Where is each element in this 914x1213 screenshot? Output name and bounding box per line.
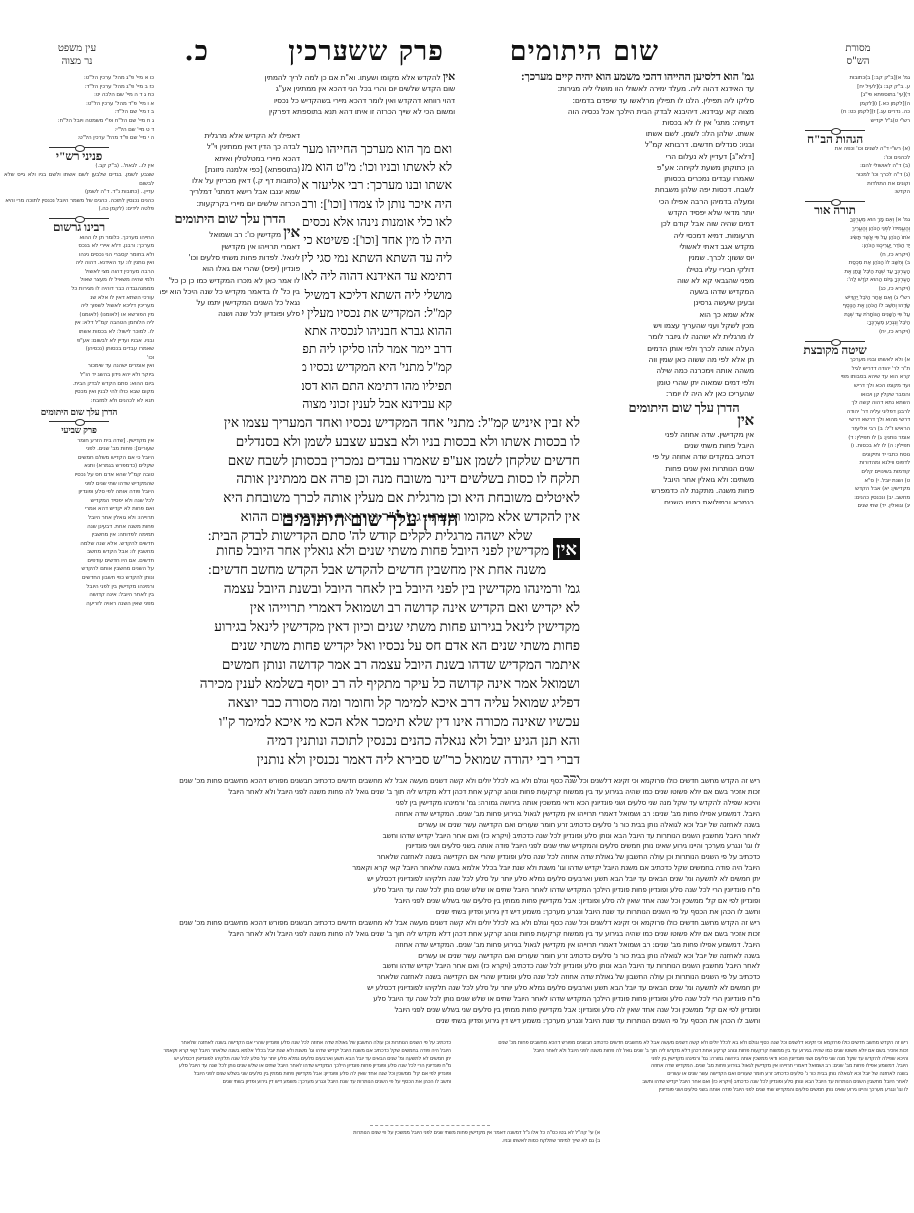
commentary-line: ריש זה הקדש מחשב חדשים כולו פרוקמא וכי ז… bbox=[160, 918, 760, 929]
masoret-header-line-1: מסורת bbox=[828, 42, 888, 55]
rabbenu-gershom-line: טובה קמ"ל שהא אדם חס על נכסיו bbox=[4, 471, 154, 480]
tosafot-line: בין כל' לו בדאמר מקדיש כל שנה היכל הוא י… bbox=[160, 286, 300, 297]
chapter-number: פרק ששי bbox=[340, 38, 444, 66]
commentary-line: לאחר היובל מחשבין השנים הנותרות עד היובל… bbox=[160, 831, 760, 842]
gemara-line: לא יקדיש ואם הקדיש אינה קדושה רב ושמואל … bbox=[160, 598, 580, 617]
rashi-line: העלה אותה לכרך ולפי אותן הדמים bbox=[614, 343, 754, 354]
pnei-rashi-entry: שצבע לשמן. בגדים שלבען לשם אשתו ולשם בני… bbox=[4, 171, 154, 188]
rashi-line: עד האידנא דהוה ליה. מעלד ימירה לאשולי הו… bbox=[459, 83, 754, 94]
tosafot-line: אין להקדש אלא מקומו ושעתו. וא"ת אם כן למ… bbox=[160, 72, 455, 83]
gemara-line: ואם מך הוא מערכך החייהו מערכך: אבל bbox=[302, 140, 452, 158]
ornament-divider bbox=[805, 130, 865, 131]
gemara-line: איןמקדישין לפני היובל פחות משתי שנים ולא… bbox=[160, 538, 580, 560]
rabbenu-gershom-line: ואם פחות לא יקדיש דהא אמרי bbox=[4, 505, 154, 514]
gemara-line: תלקח לו כסות בשלשים דינר משובח מנה וכן פ… bbox=[160, 470, 580, 489]
tosafot-line: (כתובות דף ק.) דאין מכריזין על אלו bbox=[160, 175, 300, 186]
hagahot-habach: (א) רש"י ד"ה לשנים וכו' וכפה את לכהנים ו… bbox=[760, 145, 910, 197]
right-outer-margin: גמ' א)[ב"ק קב:] ב)כתובות ע. ב"ק קב: ג)[ל… bbox=[760, 74, 910, 1034]
rashi-line: היובל פחות משתי שנים bbox=[614, 440, 754, 451]
tosafot-line: לו אמר כאן לא מכרו המקדיש כמו כן כן כל' bbox=[160, 275, 300, 286]
torah-or-entry: וְהֶעֱמִידוֹ לִפְנֵי הַכֹּהֵן וְהֶעֱרִיך… bbox=[760, 225, 910, 234]
torah-or-entry: הָעֶרְכְּךָ עַד שְׁנַת הַיֹּבֵל וְנָתַן … bbox=[760, 268, 910, 277]
ornament-divider bbox=[49, 147, 109, 148]
commentary-line: ופונדיון לפי אם קל' ממשכין וכל שנה אחד ש… bbox=[160, 896, 760, 907]
gemara-line: והא תנן הגיע יובל ולא נגאלה כהנים נכנסין… bbox=[160, 731, 580, 750]
rashi-line: מפני שהגבאי קא לא שוה bbox=[614, 275, 754, 286]
masoret-entry: ד)[עי' בתוספתא פי"ג] bbox=[760, 91, 910, 100]
footnote-rule bbox=[370, 1125, 490, 1126]
commentary-line: יתן חמשים לא לתשעה ומ' שנים הבאים עד יוב… bbox=[160, 874, 760, 885]
pnei-rashi-entry: אין לו.. לגאול.. (ב"ק קב.) bbox=[4, 162, 154, 171]
tosafot-text: להקדש אלא מקומו ושעתו. וא"ת אם כן למה לר… bbox=[265, 73, 441, 82]
torah-or-entry: יַד הַנֹּדֵר יַעֲרִיכֶנּוּ הַכֹּהֵן: bbox=[760, 242, 910, 251]
rabbenu-gershom-line: החייהו מערכך. כלומר תן לו ההוא bbox=[4, 234, 154, 243]
shita-entry: ת"ר לר' יהודה דדריש לגיל bbox=[760, 365, 910, 374]
rashi-column: אשתו. שלהן הלו: לשמן. לשם אשתו ובניו: סנ… bbox=[614, 128, 754, 504]
hagahot-entry: (ב) ד"ה לאושולי להם: bbox=[760, 162, 910, 171]
rashi-line: יותר מדאי שלא יפסיד הקדש bbox=[614, 207, 754, 218]
gemara-line: דתימא עד האידנא דהוה ליה לאושולי הוה bbox=[302, 267, 452, 285]
pnei-rashi-title: פניני רש"י bbox=[4, 152, 154, 161]
gemara-line: דרב יימר אמר להו סליקו ליה תפילין מאי bbox=[302, 340, 452, 358]
masoret-entry: ע. ב"ק קב: ג)[לעיל יח] bbox=[760, 83, 910, 92]
rabbenu-gershom-line: שאמרו עבדים בכסותן (נכסיהן) bbox=[4, 345, 154, 354]
tosafot-line: פונדיון (יפיס) שהרי אם גאלו הוא bbox=[160, 263, 300, 274]
torah-or-entry: ב) וְחִשַּׁב לוֹ הַכֹּהֵן אֵת מִכְסַת bbox=[760, 259, 910, 268]
rabbenu-gershom-line: ביום ההוא: סתם הקדש לבדק הבית. bbox=[4, 380, 154, 389]
gemara-line: לו בכסות אשתו ולא בכסות בניו ולא בצבע שצ… bbox=[160, 433, 580, 452]
masoret-hashas: גמ' א)[ב"ק קב:] ב)כתובות ע. ב"ק קב: ג)[ל… bbox=[760, 74, 910, 126]
gemara-line: קמ"ל: המקדיש את נכסיו מעלין לו תפילין: bbox=[302, 304, 452, 322]
rashi-line: לו מרגלית לא ישהנה לו גיזבר לומר bbox=[614, 331, 754, 342]
tosafot-line: (בתוספתא) [כפי אלמנה ניזונת] bbox=[160, 164, 300, 175]
pnei-rashi-entry: כהנים נכנסין לתוכה. כהנים של משמר היובל … bbox=[4, 197, 154, 206]
tosafot-line: דהכא מיירי במטלטלין ואיתא bbox=[160, 153, 300, 164]
shita-mekubetzet-title: שיטה מקובצת bbox=[760, 346, 910, 355]
gemara-line: ההוא גברא חבניהו לנכסיה אתא לקמיה bbox=[302, 322, 452, 340]
ein-mishpat-entry: ה י מיי' שם פ"ד מהל' ערכין הל"ט: bbox=[4, 134, 154, 143]
gemara-line: דפליג שמואל עליה דרב איכא למימר קל וחומר… bbox=[160, 693, 580, 712]
commentary-line: בשנה לאחזנה של יובל וכא לגואלה נותן בבית… bbox=[160, 820, 760, 831]
gemara-line: משנה אחת אין מחשבין חדשים להקדש אבל הקדש… bbox=[160, 560, 580, 579]
rashi-top: גמ' הוא דלסיען ההייהו דהכי משמע הוא יהיה… bbox=[459, 72, 754, 132]
tosafot-line: דאפילו לא הקדיש אלא מרגלית bbox=[160, 130, 300, 141]
rashi-line: ולפי דמים שמאוה יתן שהרי טומן bbox=[614, 377, 754, 388]
tractate-name: ערכין bbox=[288, 38, 349, 66]
ein-mishpat-entry: כח ג ד ה מיי' שם הלכה יט: bbox=[4, 91, 154, 100]
rashi-line: פחות משנה. מתקנת לה כדמפרש bbox=[614, 485, 754, 496]
rabbenu-gershom-line: מין הפורשא או (לאומנו) (לאומנו) bbox=[4, 311, 154, 320]
ein-mishpat-entry: א ו מיי' פ"ד מהל' ערכין הל"ט: bbox=[4, 100, 154, 109]
commentary-line: היובל. דמשמע אפילו פחות מב' שנים: רב ושמ… bbox=[160, 809, 760, 820]
rashi-line: דכתיב במקדים שדה אחוזה על פי bbox=[614, 451, 754, 462]
pnei-rashi-entry: פלטה לידים: (לקמן כה.) bbox=[4, 205, 154, 214]
shita-entry: דרשי מהוא ולך דרשא דרשי bbox=[760, 416, 910, 425]
pnei-rashi-entry: עדיין.. (כתובות נ"ד. ד"ה לשמן) bbox=[4, 188, 154, 197]
left-outer-margin: כו א מיי' פ"ג מהל' ערכין הל"ט: כז ב מיי'… bbox=[4, 74, 154, 1034]
rabbenu-gershom-line: תנא לא לכהנים ולא למזבח: bbox=[4, 397, 154, 406]
rabbenu-gershom-line: ליה הלוחמן הטהבה קמ"ל דלא: אין bbox=[4, 319, 154, 328]
rashi-line: יוס ששון: לכרך. שמנין bbox=[614, 252, 754, 263]
footnotes: א) עי' קה"ל לא בטו כס"ה כל אלו נ"ל דמשנה… bbox=[160, 1130, 600, 1154]
rabbenu-gershom-title: רבינו גרשום bbox=[4, 223, 154, 232]
rabbenu-gershom-line: שקלים (כדמפרש בגמרא) ותנא bbox=[4, 462, 154, 471]
shita-entry: ט) ושנת יובל. י) ס"א bbox=[760, 477, 910, 486]
tosafot-line: אין מקדישין כו': רב ושמואל bbox=[160, 228, 300, 240]
gemara-line: מקדישין לינאל בגירוע פחות משתי שנים וכיו… bbox=[160, 617, 580, 636]
hagahot-entry: (א) רש"י ד"ה לשנים וכו' וכפה את bbox=[760, 145, 910, 154]
rabbenu-gershom-line: ביוקר ולא יהא נידון בהשג יד הו"ל bbox=[4, 371, 154, 380]
gemara-line: עכשיו שאינה מכורה אינו דין שלא תימכר אלא… bbox=[160, 712, 580, 731]
gemara-line: היה איכר נותן לו צמדו [וכו']: ורבנן הנהו bbox=[302, 195, 452, 213]
rabbenu-gershom-line: ונותן להקדש כפי חשבון החדשים bbox=[4, 574, 154, 583]
shita-entry: תפילין: ה) לו לא בכסות. ו) bbox=[760, 442, 910, 451]
masoret-entry: גמ' א)[ב"ק קב:] ב)כתובות bbox=[760, 74, 910, 83]
rashi-hadran: הדרן עלך שום היתומים bbox=[614, 402, 754, 413]
masoret-entry: ה)[לקמן כא.] ו)[לקמן bbox=[760, 100, 910, 109]
footer-line: וחשב לו הכהן את הכסף על פי השנים הנותרות… bbox=[6, 1079, 451, 1087]
commentary-line: מ"ח פונדיונין הרי לכל שנה סלע ופונדיון פ… bbox=[160, 994, 760, 1005]
commentary-line: יתן חמשים לא לתשעה ומ' שנים הבאים עד יוב… bbox=[160, 983, 760, 994]
rabbenu-gershom-line: פחות משנה אחת. דבעינן שנה bbox=[4, 523, 154, 532]
commentary-line: וחשב לו הכהן את הכסף על פי השנים הנותרות… bbox=[160, 907, 760, 918]
rashi-line: הן כתוקתן משעת לקיחה: אע"פ bbox=[614, 162, 754, 173]
gemara-line: דברי רבי יהודה שמואל כר"ש סבירא ליה דאמר… bbox=[160, 750, 580, 769]
hagahot-entry: (ג) ד"ה לכרך וכו' למכור bbox=[760, 171, 910, 180]
shita-entry: מחשב. יב) ונכנסין כהנים: bbox=[760, 494, 910, 503]
rabbenu-gershom-line: היובל פודה אותה לפי סלע ופונדיון bbox=[4, 488, 154, 497]
footer-line: מ"ח פונדיונין הרי לכל שנה סלע ופונדיון פ… bbox=[6, 1063, 451, 1071]
ein-mishpat-entry: ב ז מיי' שם הל"ד: bbox=[4, 108, 154, 117]
footer-line: כדכתיב על פי השנים הנותרות וכן עולה החשב… bbox=[6, 1040, 451, 1048]
footer-line: היובל היה פודה בחמשים שקל כדכתיב אם משנת… bbox=[6, 1048, 451, 1056]
gemara-line: איתמר המקדיש שדהו בשנת היובל עצמה רב אמר… bbox=[160, 655, 580, 674]
rashi-line: מכין לשקל ועני שהעריך עצמו ויש bbox=[614, 320, 754, 331]
ein-mishpat-entry: כז ב מיי' פ"ג מהל' ערכין הל"ד: bbox=[4, 83, 154, 92]
tosafot-text: מקדישין כו': רב ושמואל bbox=[209, 230, 281, 239]
rashi-line: ובעינן שיעשה גרסינן bbox=[614, 297, 754, 308]
rashi-line: משתים: ולא גואלין אחר היובל bbox=[614, 474, 754, 485]
mishna-opening-word: אין bbox=[553, 538, 580, 560]
rabbenu-gershom-line: עורכי השתא דאין לו אלא שנ bbox=[4, 294, 154, 303]
tosafot-line: נגאל כל השנים המקדישין יתמו על bbox=[160, 297, 300, 308]
hagahot-entry: הקדש: bbox=[760, 188, 910, 197]
rabbenu-gershom-line: בין לאחר היובל: אינה קדושה bbox=[4, 591, 154, 600]
gemara-center-column: ואם מך הוא מערכך החייהו מערכך: אבל לא לא… bbox=[302, 140, 452, 420]
commentary-line: מ"ח פונדיונין הרי לכל שנה סלע ופונדיון פ… bbox=[160, 885, 760, 896]
rabbenu-gershom-line: לו. למוכר לישול: לא בכסות אשתו bbox=[4, 328, 154, 337]
tosafot-top: אין להקדש אלא מקומו ושעתו. וא"ת אם כן למ… bbox=[160, 72, 455, 128]
ein-mishpat-header-line-2: נר מצוה bbox=[42, 55, 112, 68]
commentary-line: וחשב לו הכהן את הכסף על פי השנים הנותרות… bbox=[160, 1016, 760, 1027]
torah-or-entry: (ויקרא כז, ח) bbox=[760, 251, 910, 260]
commentary-line: ריש זה הקדש מחשב חדשים כולו פרוקמא וכי ז… bbox=[160, 776, 760, 787]
hagahot-entry: לכהנים וכו': bbox=[760, 154, 910, 163]
rashi-line: גמ' הוא דלסיען ההייהו דהכי משמע הוא יהיה… bbox=[459, 72, 754, 83]
ein-mishpat-header: עין משפט נר מצוה bbox=[42, 42, 112, 68]
ornament-divider bbox=[805, 341, 865, 342]
chapter-seven-title: פרק שביעי bbox=[4, 426, 154, 435]
tosafot-dibbur-hamatchil: אין bbox=[443, 72, 455, 83]
torah-or-entry: (ויקרא כז, כג) bbox=[760, 285, 910, 294]
rabbenu-gershom-line: וכו' bbox=[4, 354, 154, 363]
tosafot-line: דאמרי תרוייהו אין מקדישין bbox=[160, 241, 300, 252]
rabbenu-gershom-line: מפני שאין השנה ראויה לזריעה bbox=[4, 600, 154, 609]
rabbenu-gershom-line: תרוייהו: ולא גואלין אחר היובל bbox=[4, 514, 154, 523]
tosafot-hadran: הדרן עלך שום היתומים bbox=[160, 213, 300, 224]
gemara-line: ושמואל אמר אינה קדושה כל עיקר מתקיף לה ר… bbox=[160, 674, 580, 693]
tosafot-line: שמא יגנבו אבל רישא דמתני' דמלריך bbox=[160, 186, 300, 197]
gemara-line: לא זבין איניש קמ"ל: מתני' אחד המקדיש נכס… bbox=[160, 414, 580, 433]
shita-mekubetzet: א) ולא לאשתו ובניו מערכך ת"ר לר' יהודה ד… bbox=[760, 356, 910, 511]
rabbenu-gershom-line: חדשים להקדש. אלא שנה שלמה bbox=[4, 540, 154, 549]
rabbenu-gershom-line: ובניו. אבניו ועדיין לא לבשום: אע"פ bbox=[4, 337, 154, 346]
ein-mishpat-header-line-1: עין משפט bbox=[42, 42, 112, 55]
commentary-line: ופונדיון לפי אם קל' ממשכין וכל שנה אחד ש… bbox=[160, 1005, 760, 1016]
footer-line: והיכא שפילה להקדש עד שקל מנה שני סלעים ו… bbox=[463, 1056, 908, 1064]
rashi-line: דולקי חבירי עליו בטילו bbox=[614, 264, 754, 275]
gemara-hadran: הדרן עלך שום היתומים bbox=[160, 508, 580, 532]
masoret-entry: רש"י ט)ג"ל יקדיש bbox=[760, 117, 910, 126]
shita-entry: נוסח כתבי יד ותיקונים bbox=[760, 451, 910, 460]
tosafot-line: שום הקדש שלשים יום והרי בכל הני דהכא אין… bbox=[160, 83, 455, 94]
rabbenu-gershom-line: מקום שבא כולו להי לבנין ואין מכסין bbox=[4, 388, 154, 397]
masoret-header-line-2: הש"ס bbox=[828, 55, 888, 68]
chapter-name: שום היתומים bbox=[510, 38, 659, 66]
ein-mishpat: כו א מיי' פ"ג מהל' ערכין הל"ט: כז ב מיי'… bbox=[4, 74, 154, 143]
gemara-line: אשתו ובנו מערכך: רבי אליעזר אומר אם bbox=[302, 176, 452, 194]
gemara-line: פחות משתי שנים הא אדם חס על נכסיו ואל יק… bbox=[160, 636, 580, 655]
tosafot-line: ומשום הכי לא שייך הכרזה זו איתו דהא תנא … bbox=[160, 106, 455, 117]
tosafot-line: דהוי רווחא דהקדש ואין לומר דהכא מיירי בש… bbox=[160, 95, 455, 106]
rashi-line: תן אלא לפי מה ששוה כאן שמין ווה bbox=[614, 354, 754, 365]
torah-or-entry: (ויקרא כז, יח) bbox=[760, 328, 910, 337]
gemara-line: לאיטלים משובחת היא וכן מרגלית אם מעלין א… bbox=[160, 489, 580, 508]
gemara-line: תפיליו מהו דתימא התם הוא דסבר מצוה bbox=[302, 377, 452, 395]
hagahot-habach-title: הגהות הב"ח bbox=[760, 135, 910, 144]
gemara-text: מקדישין לפני היובל פחות משתי שנים ולא גו… bbox=[216, 543, 549, 558]
rashi-line: סליקו ליה תפילין. הלנו לו תפילין מרלאשו … bbox=[459, 95, 754, 106]
tosafot-line: לינאל. לפדות פחות משתי סלעים וכו' bbox=[160, 252, 300, 263]
tosafot-line: הכרזה שלשים יום מיירי בקרקעות: bbox=[160, 198, 300, 209]
bottom-rashi-block: ריש זה הקדש מחשב חדשים כולו פרוקמא וכי ז… bbox=[160, 776, 760, 1038]
commentary-line: והיכא שפילה להקדש עד שקל מנה שני סלעים ו… bbox=[160, 798, 760, 809]
commentary-line: היובל היה פודה בחמשים שקל כדכתיב אם משנת… bbox=[160, 863, 760, 874]
rashi-line: בגמרא ובמילואת כמנין השנים bbox=[614, 497, 754, 505]
page-header: מסורת הש"ס שום היתומים פרק ששי ערכין כ. … bbox=[0, 38, 914, 68]
shita-entry: קודמות בשינויים קלים bbox=[760, 468, 910, 477]
commentary-line: לו וגו' ונגרע מערכך והיינו גירוע שאינו נ… bbox=[160, 841, 760, 852]
footer-line: לו וגו' ונגרע מערכך והיינו גירוע שאינו נ… bbox=[463, 1087, 908, 1095]
commentary-line: זכות אזכיר בשם אם יולא פשוטו שנים כמו שה… bbox=[160, 787, 760, 798]
rabbenu-gershom-line: ואין אומרים ישהנה עד שימכור bbox=[4, 362, 154, 371]
commentary-line: כדכתיב על פי השנים הנותרות וכן עולה החשב… bbox=[160, 852, 760, 863]
masoret-entry: כה. נדרים עג.] ז)[לקמן כט: ח) bbox=[760, 108, 910, 117]
rashi-line: מקדש אגב דאתי לאשולי bbox=[614, 241, 754, 252]
rabbenu-gershom-line: מחשבין לו: אבל הקדש מחשב bbox=[4, 548, 154, 557]
shita-entry: קרא הוא עד שיהא בסבותו מפי bbox=[760, 373, 910, 382]
rabbenu-gershom-line: ואין נותנין לו: עד האידנא. דהוה ליה bbox=[4, 259, 154, 268]
rashi-line: [דלא"ג] דעדיין לא נעלום הרי bbox=[614, 151, 754, 162]
rashi-line: לשבח. דכסות יפה שלהן משבחת bbox=[614, 184, 754, 195]
rashi-line: אשתו. שלהן הלו: לשמן. לשם אשתו bbox=[614, 128, 754, 139]
torah-or-entry: גמ' א) וְאִם מָךְ הוּא מֵעֶרְכֶּךָ bbox=[760, 216, 910, 225]
commentary-line: זכות אזכיר בשם אם יולא פשוטו שנים כמו שה… bbox=[160, 929, 760, 940]
torah-or: גמ' א) וְאִם מָךְ הוּא מֵעֶרְכֶּךָ וְהֶע… bbox=[760, 216, 910, 336]
gemara-line: קא עבידנא אבל לענין זכוני מצוה דנפיה bbox=[302, 395, 452, 413]
torah-or-entry: עַל פִּי הַשָּׁנִים הַנּוֹתָרֹת עַד שְׁנ… bbox=[760, 311, 910, 320]
torah-or-entry: הָעֶרְכְּךָ בַּיּוֹם הַהוּא קֹדֶשׁ לַה': bbox=[760, 276, 910, 285]
rabbenu-gershom-chapter7: אין מקדישין. [שדה בית הזרע חומר שעורים]:… bbox=[4, 437, 154, 609]
gemara-line: גמ' ורמינהו מקדישין בין לפני היובל בין ל… bbox=[160, 579, 580, 598]
rabbenu-gershom-line: ורמינהו מקדישין בין לפני היובל bbox=[4, 583, 154, 592]
ein-mishpat-entry: ד ט מיי' שם הל"י: bbox=[4, 126, 154, 135]
masoret-hashas-header: מסורת הש"ס bbox=[828, 42, 888, 68]
rabbenu-gershom-line: שעורים]: פחות מב' שנים. לפני bbox=[4, 445, 154, 454]
shita-entry: לדפוס ווילנא ומהדורות bbox=[760, 459, 910, 468]
rabbenu-gershom: החייהו מערכך. כלומר תן לו ההוא מערכך: ור… bbox=[4, 234, 154, 406]
tosafot-chapter2-opening: אין bbox=[283, 228, 300, 240]
shita-entry: יג) וגואלין. יד) שתי שנים bbox=[760, 502, 910, 511]
rashi-line: שאמרו עבדים נמכרים בכסותן bbox=[614, 173, 754, 184]
rashi-line: המקדיש שדהו בשעה bbox=[614, 286, 754, 297]
gemara-line: חדשים שלקחן לשמן אע"פ שאמרו עבדים נמכרין… bbox=[160, 452, 580, 471]
footer-line: ופונדיון לפי אם קל' ממשכין וכל שנה אחד ש… bbox=[6, 1071, 451, 1079]
rabbenu-gershom-line: לכל שנה ולא יפסיד המקדיש bbox=[4, 497, 154, 506]
folio-number: כ. bbox=[184, 38, 209, 66]
ein-mishpat-entry: ג ח מיי' שם הל"ח ופ"י משמטה ויובל הל"ח: bbox=[4, 117, 154, 126]
gemara-line: לא לאשתו ובניו וכו': מ"ט הוא מערכך ולא bbox=[302, 158, 452, 176]
commentary-line: כדכתיב על פי השנים הנותרות וכן עולה החשב… bbox=[160, 972, 760, 983]
shita-entry: מקדישין: יא) אבל הקדש bbox=[760, 485, 910, 494]
gemara-chapter7-block: איןמקדישין לפני היובל פחות משתי שנים ולא… bbox=[160, 538, 580, 778]
tosafot-column: דאפילו לא הקדיש אלא מרגלית לבדה כך הדין … bbox=[160, 130, 300, 422]
torah-or-entry: רש"י ג) וְאִם אַחַר הַיֹּבֵל יַקְדִּישׁ bbox=[760, 294, 910, 303]
footer-line: ריש זה הקדש מחשב חדשים כולו פרוקמא וכי ז… bbox=[463, 1040, 908, 1048]
gemara-line: ליה עד השתא השתא נמי סגי ליה מהו bbox=[302, 249, 452, 267]
torah-or-entry: הַיֹּבֵל וְנִגְרַע מֵעֶרְכֶּךָ: bbox=[760, 319, 910, 328]
rabbenu-gershom-line: חדשים. אם היו חדשים עודפים bbox=[4, 557, 154, 566]
shita-entry: לרבנן דפליגי עליה דר' יהודה bbox=[760, 408, 910, 417]
torah-or-entry: אֹתוֹ הַכֹּהֵן עַל פִּי אֲשֶׁר תַּשִּׂיג bbox=[760, 234, 910, 243]
shita-entry: השתא נתא דהוה קשה לך bbox=[760, 399, 910, 408]
rabbenu-gershom-hadran: הדרן עלך שום היתומים bbox=[4, 408, 154, 417]
commentary-line: היובל. דמשמע אפילו פחות מב' שנים: רב ושמ… bbox=[160, 940, 760, 951]
rabbenu-gershom-line: ולמי שהיה משאיל לו מעצר שאול bbox=[4, 276, 154, 285]
rashi-line: ומעלה בדמיהן הרבה אפילו הכי bbox=[614, 196, 754, 207]
tosafot-line: סלע ופונדיון לכל שנה ושנה bbox=[160, 308, 300, 319]
footnote: א) עי' קה"ל לא בטו כס"ה כל אלו נ"ל דמשנה… bbox=[160, 1130, 600, 1138]
rabbenu-gershom-line: היובל כי אם הקדיש משלם חמשים bbox=[4, 454, 154, 463]
footer-line: יתן חמשים לא לתשעה ומ' שנים הבאים עד יוב… bbox=[6, 1056, 451, 1064]
ornament-divider bbox=[805, 201, 865, 202]
shita-entry: ועד מקומו הכא ולך דריש bbox=[760, 382, 910, 391]
rabbenu-gershom-line: מעריכין דליכא לאשול לשפוך ליה bbox=[4, 302, 154, 311]
rabbenu-gershom-line: שהמקדיש שדהו שתי שנים לפני bbox=[4, 480, 154, 489]
rabbenu-gershom-line: הרבה מערכין דהוה מצי לאשול bbox=[4, 268, 154, 277]
gemara-line: קמ"ל מתני' היא המקדיש נכסיו מעלין לו bbox=[302, 358, 452, 376]
hagahot-entry: וקונים את התולדות bbox=[760, 180, 910, 189]
torah-or-entry: שָׂדֵהוּ וְחִשַּׁב לוֹ הַכֹּהֵן אֶת הַכֶ… bbox=[760, 302, 910, 311]
shita-entry: והסבר שקלין קן ויבואו bbox=[760, 391, 910, 400]
tosafot-line: לבדה כך הדין דאין ממתינין וי"ל bbox=[160, 141, 300, 152]
shita-entry: הראיש ז"ל: ב) רבי אליעזר bbox=[760, 425, 910, 434]
rabbenu-gershom-line: אין מקדישין. [שדה בית הזרע חומר bbox=[4, 437, 154, 446]
commentary-line: בשנה לאחזנה של יובל וכא לגואלה נותן בבית… bbox=[160, 951, 760, 962]
rashi-dibbur-hamatchil: גמ' הוא דלסיען ההייהו דהכי משמע הוא יהיה… bbox=[521, 72, 754, 83]
rashi-line: אלא שמא כך הוא bbox=[614, 309, 754, 320]
rashi-line: דמים שהיה שוה אבל קודם לכן bbox=[614, 218, 754, 229]
footer-line: בשנה לאחזנה של יובל וכא לגואלה נותן בבית… bbox=[463, 1071, 908, 1079]
pnei-rashi: אין לו.. לגאול.. (ב"ק קב.) שצבע לשמן. בג… bbox=[4, 162, 154, 214]
shita-entry: אומר נותנין: ג) לו תפילין: ד) bbox=[760, 434, 910, 443]
ornament-divider bbox=[49, 421, 109, 422]
rashi-chapter2-opening: אין bbox=[737, 416, 754, 428]
gemara-mishna-block: לא זבין איניש קמ"ל: מתני' אחד המקדיש נכס… bbox=[160, 414, 580, 554]
rashi-line: אין מקדישין. שדה אחוזה לפני bbox=[614, 429, 754, 440]
footer-commentary-left: כדכתיב על פי השנים הנותרות וכן עולה החשב… bbox=[6, 1040, 451, 1120]
rabbenu-gershom-line: תמימה לפדותה: אין מחשבין bbox=[4, 531, 154, 540]
ornament-divider bbox=[49, 218, 109, 219]
gemara-line: לאו כלי אומנות נינהו אלא נכסים נינהו: bbox=[302, 213, 452, 231]
footer-commentary-right: ריש זה הקדש מחשב חדשים כולו פרוקמא וכי ז… bbox=[463, 1040, 908, 1120]
footer-line: זכות אזכיר בשם אם יולא פשוטו שנים כמו שה… bbox=[463, 1048, 908, 1056]
rashi-line: ובניו: סנדלים חדשים. דרבותא קמ"ל bbox=[614, 139, 754, 150]
rashi-line: מצוה קא עבידנא. דיהיבנא לבדק הבית הילכך … bbox=[459, 106, 754, 117]
gemara-line: היה לו מין אחד [וכו']: פשיטא כי היכי דסג… bbox=[302, 231, 452, 249]
rabbenu-gershom-line: מערכך: ורבנן. דלא איירי לא בנכס bbox=[4, 242, 154, 251]
footer-line: לאחר היובל מחשבין השנים הנותרות עד היובל… bbox=[463, 1079, 908, 1087]
rashi-line: שנים הנותרות ואין שנים פחות bbox=[614, 463, 754, 474]
gemara-line: מושלי ליה השתא דליכא דמשיל ליה לא bbox=[302, 286, 452, 304]
torah-or-title: תורה אור bbox=[760, 206, 910, 215]
ein-mishpat-entry: כו א מיי' פ"ג מהל' ערכין הל"ט: bbox=[4, 74, 154, 83]
rabbenu-gershom-line: על השנים מחשבין אותם להקדש bbox=[4, 565, 154, 574]
rashi-line: דעתיה: מתני' אין לו לא בכסות bbox=[459, 117, 754, 128]
rashi-line: תרעומות. דמיא דמכסי ליה bbox=[614, 230, 754, 241]
rabbenu-gershom-line: ולא בחומר קסברי הני נכסים נינהו bbox=[4, 251, 154, 260]
shita-entry: א) ולא לאשתו ובניו מערכך bbox=[760, 356, 910, 365]
footer-line: היובל. דמשמע אפילו פחות מב' שנים: רב ושמ… bbox=[463, 1063, 908, 1071]
rashi-line: שהעריכו כאן לא היה לו יומר: bbox=[614, 388, 754, 399]
commentary-line: לאחר היובל מחשבין השנים הנותרות עד היובל… bbox=[160, 961, 760, 972]
rashi-line: אין bbox=[614, 416, 754, 428]
rabbenu-gershom-line: מממנהגבדה כבר דוהיה לו מגירות כל bbox=[4, 285, 154, 294]
rashi-line: משהה אותה וימכרנה כמה שילה bbox=[614, 365, 754, 376]
footnote: ב) גם לא שייך למימר שתלקח כסות לאשתו ובנ… bbox=[160, 1138, 600, 1146]
